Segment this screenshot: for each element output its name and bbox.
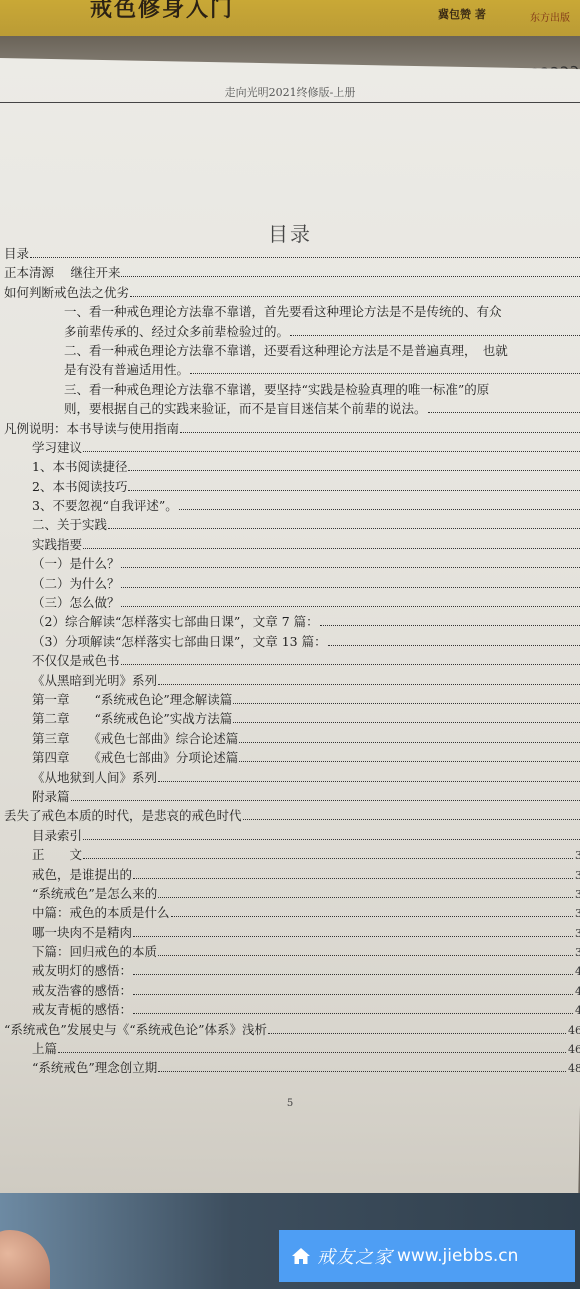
toc-entry-text: 戒友浩睿的感悟：	[32, 981, 132, 1000]
toc-entry-text: 二、关于实践	[32, 515, 107, 534]
dot-leader	[130, 296, 580, 297]
toc-entry: 哪一块肉不是精肉3	[0, 923, 580, 942]
toc-entry-text: 下篇：回归戒色的本质	[32, 942, 157, 961]
dot-leader	[171, 916, 573, 917]
toc-entry: 不仅仅是戒色书	[0, 651, 580, 670]
toc-entry: 戒色，是谁提出的3	[0, 865, 580, 884]
dot-leader	[190, 373, 580, 374]
toc-entry-text: 二、看一种戒色理论方法靠不靠谱，还要看这种理论方法是不是普遍真理， 也就	[64, 341, 508, 360]
toc-entry: （三）怎么做？	[0, 593, 580, 612]
toc-entry: 戒友明灯的感悟：4	[0, 961, 580, 980]
toc-page-number: 46	[568, 1040, 580, 1059]
background-book-cover: 戒色修身入门 冀包赞 著 东方出版	[0, 0, 580, 40]
toc-entry: 凡例说明：本书导读与使用指南	[0, 419, 580, 438]
toc-entry-text: 附录篇	[32, 787, 70, 806]
toc-entry-text: 哪一块肉不是精肉	[32, 923, 132, 942]
header-rule	[0, 102, 580, 103]
toc-entry-text: 多前辈传承的、经过众多前辈检验过的。	[64, 322, 289, 341]
dot-leader	[121, 276, 580, 277]
running-header: 走向光明2021终修版-上册	[0, 84, 580, 100]
toc-entry: 第四章 《戒色七部曲》分项论述篇	[0, 748, 580, 767]
toc-entry: 目录索引	[0, 826, 580, 845]
dot-leader	[83, 839, 580, 840]
dot-leader	[320, 625, 580, 626]
dot-leader	[158, 781, 580, 782]
home-icon	[291, 1246, 311, 1266]
toc-entry-text: 2、本书阅读技巧	[32, 477, 127, 496]
dot-leader	[83, 858, 573, 859]
toc-entry-text: （2）综合解读“怎样落实七部曲日课”，文章 7 篇：	[32, 612, 319, 631]
dot-leader	[158, 684, 580, 685]
toc-page-number: 3	[575, 885, 580, 904]
page-number: 5	[0, 1098, 580, 1109]
dot-leader	[121, 606, 580, 607]
toc-page-number: 3	[575, 943, 580, 962]
dot-leader	[133, 1013, 573, 1014]
toc-entry: 中篇：戒色的本质是什么3	[0, 903, 580, 922]
dot-leader	[83, 451, 580, 452]
toc-entry: 第三章 《戒色七部曲》综合论述篇	[0, 729, 580, 748]
toc-entry: 戒友青栀的感悟：4	[0, 1000, 580, 1019]
toc-entry: （一）是什么？	[0, 554, 580, 573]
toc-entry: 2、本书阅读技巧	[0, 477, 580, 496]
toc-entry: “系统戒色”发展史与《“系统戒色论”体系》浅析46	[0, 1020, 580, 1039]
dot-leader	[30, 257, 580, 258]
toc-entry-text: 戒友明灯的感悟：	[32, 961, 132, 980]
toc-entry-text: 第一章 “系统戒色论”理念解读篇	[32, 690, 232, 709]
toc-entry: 《从地狱到人间》系列	[0, 768, 580, 787]
toc-page-number: 4	[575, 962, 580, 981]
toc-entry: （二）为什么？	[0, 574, 580, 593]
toc-entry: 三、看一种戒色理论方法靠不靠谱，要坚持“实践是检验真理的唯一标准”的原	[0, 380, 580, 399]
toc-entry-text: （三）怎么做？	[32, 593, 120, 612]
toc-entry-text: 丢失了戒色本质的时代，是悲哀的戒色时代	[4, 806, 242, 825]
dot-leader	[158, 955, 573, 956]
toc-entry-continuation: 是有没有普遍适用性。	[0, 360, 580, 379]
dot-leader	[158, 897, 573, 898]
toc-page-number: 3	[575, 904, 580, 923]
toc-entry-text: 第二章 “系统戒色论”实战方法篇	[32, 709, 232, 728]
dot-leader	[133, 936, 573, 937]
toc-page-number: 4	[575, 982, 580, 1001]
toc-entry-text: 戒色，是谁提出的	[32, 865, 132, 884]
dot-leader	[128, 470, 580, 471]
toc-entry: 二、看一种戒色理论方法靠不靠谱，还要看这种理论方法是不是普遍真理， 也就	[0, 341, 580, 360]
toc-entry: “系统戒色”是怎么来的3	[0, 884, 580, 903]
toc-heading: 目录	[0, 218, 580, 247]
toc-entry-text: “系统戒色”发展史与《“系统戒色论”体系》浅析	[4, 1020, 267, 1039]
book-cover-publisher: 东方出版	[530, 9, 570, 24]
toc-entry: （3）分项解读“怎样落实七部曲日课”，文章 13 篇：	[0, 632, 580, 651]
toc-entry-text: 中篇：戒色的本质是什么	[32, 903, 170, 922]
table-of-contents: 目录正本清源 继往开来如何判断戒色法之优劣一、看一种戒色理论方法靠不靠谱，首先要…	[0, 244, 580, 1078]
dot-leader	[268, 1033, 566, 1034]
toc-entry-text: 学习建议	[32, 438, 82, 457]
toc-entry-text: 是有没有普遍适用性。	[64, 360, 189, 379]
dot-leader	[290, 335, 580, 336]
watermark-site-name: 戒友之家	[317, 1243, 393, 1269]
toc-entry: 附录篇	[0, 787, 580, 806]
dot-leader	[121, 587, 580, 588]
toc-entry-text: 正 文	[32, 845, 82, 864]
toc-entry: 正本清源 继往开来	[0, 263, 580, 282]
toc-page-number: 46	[568, 1021, 580, 1040]
dot-leader	[233, 722, 580, 723]
dot-leader	[133, 974, 573, 975]
dot-leader	[133, 994, 573, 995]
toc-entry-text: 则，要根据自己的实践来验证，而不是盲目迷信某个前辈的说法。	[64, 399, 427, 418]
toc-entry-text: 如何判断戒色法之优劣	[4, 283, 129, 302]
toc-entry-continuation: 则，要根据自己的实践来验证，而不是盲目迷信某个前辈的说法。	[0, 399, 580, 418]
toc-entry-text: 三、看一种戒色理论方法靠不靠谱，要坚持“实践是检验真理的唯一标准”的原	[64, 380, 489, 399]
toc-entry-text: 目录索引	[32, 826, 82, 845]
toc-entry: 1、本书阅读捷径	[0, 457, 580, 476]
toc-entry-text: 《从黑暗到光明》系列	[32, 671, 157, 690]
toc-entry-text: 第四章 《戒色七部曲》分项论述篇	[32, 748, 238, 767]
toc-entry: 下篇：回归戒色的本质3	[0, 942, 580, 961]
toc-entry: 戒友浩睿的感悟：4	[0, 981, 580, 1000]
toc-entry-text: 第三章 《戒色七部曲》综合论述篇	[32, 729, 238, 748]
toc-entry-text: （3）分项解读“怎样落实七部曲日课”，文章 13 篇：	[32, 632, 327, 651]
dot-leader	[243, 819, 580, 820]
dot-leader	[239, 761, 580, 762]
dot-leader	[121, 664, 580, 665]
dot-leader	[179, 509, 580, 510]
dot-leader	[239, 742, 580, 743]
book-cover-title: 戒色修身入门	[90, 0, 234, 23]
toc-entry-text: 1、本书阅读捷径	[32, 457, 127, 476]
dot-leader	[158, 1071, 566, 1072]
toc-entry-text: 一、看一种戒色理论方法靠不靠谱，首先要看这种理论方法是不是传统的、有众	[64, 302, 502, 321]
dot-leader	[233, 703, 580, 704]
toc-entry: 二、关于实践	[0, 515, 580, 534]
toc-entry-text: 凡例说明：本书导读与使用指南	[4, 419, 179, 438]
dot-leader	[83, 548, 580, 549]
toc-entry-continuation: 多前辈传承的、经过众多前辈检验过的。	[0, 322, 580, 341]
dot-leader	[58, 1052, 566, 1053]
toc-entry: “系统戒色”理念创立期48	[0, 1058, 580, 1077]
toc-entry-text: （一）是什么？	[32, 554, 120, 573]
dot-leader	[71, 800, 580, 801]
toc-entry: 如何判断戒色法之优劣	[0, 283, 580, 302]
dot-leader	[108, 528, 580, 529]
toc-entry: 实践指要	[0, 535, 580, 554]
toc-entry-text: “系统戒色”是怎么来的	[32, 884, 157, 903]
watermark-banner: 戒友之家 www.jiebbs.cn	[279, 1230, 575, 1282]
toc-entry: 《从黑暗到光明》系列	[0, 671, 580, 690]
dot-leader	[428, 412, 580, 413]
toc-entry: 丢失了戒色本质的时代，是悲哀的戒色时代	[0, 806, 580, 825]
toc-entry-text: 上篇	[32, 1039, 57, 1058]
toc-entry-text: 戒友青栀的感悟：	[32, 1000, 132, 1019]
dot-leader	[133, 878, 573, 879]
toc-entry-text: 3、不要忽视“自我评述”。	[32, 496, 178, 515]
toc-entry: 正 文3	[0, 845, 580, 864]
toc-entry: 第一章 “系统戒色论”理念解读篇	[0, 690, 580, 709]
dot-leader	[180, 432, 580, 433]
toc-entry: 目录	[0, 244, 580, 263]
toc-entry: 上篇46	[0, 1039, 580, 1058]
toc-entry: （2）综合解读“怎样落实七部曲日课”，文章 7 篇：	[0, 612, 580, 631]
toc-entry-text: （二）为什么？	[32, 574, 120, 593]
dot-leader	[128, 490, 580, 491]
toc-entry: 一、看一种戒色理论方法靠不靠谱，首先要看这种理论方法是不是传统的、有众	[0, 302, 580, 321]
toc-entry-text: 实践指要	[32, 535, 82, 554]
toc-entry-text: 不仅仅是戒色书	[32, 651, 120, 670]
toc-page-number: 3	[575, 866, 580, 885]
watermark-url: www.jiebbs.cn	[397, 1246, 518, 1266]
toc-entry-text: “系统戒色”理念创立期	[32, 1058, 157, 1077]
toc-entry: 第二章 “系统戒色论”实战方法篇	[0, 709, 580, 728]
dot-leader	[328, 645, 580, 646]
book-cover-author: 冀包赞 著	[438, 6, 486, 22]
dot-leader	[121, 567, 580, 568]
toc-page-number: 4	[575, 1001, 580, 1020]
toc-page-number: 3	[575, 924, 580, 943]
toc-entry: 学习建议	[0, 438, 580, 457]
toc-entry-text: 目录	[4, 244, 29, 263]
toc-entry-text: 《从地狱到人间》系列	[32, 768, 157, 787]
toc-page-number: 3	[575, 846, 580, 865]
toc-entry: 3、不要忽视“自我评述”。	[0, 496, 580, 515]
toc-page-number: 48	[568, 1059, 580, 1078]
toc-entry-text: 正本清源 继往开来	[4, 263, 120, 282]
